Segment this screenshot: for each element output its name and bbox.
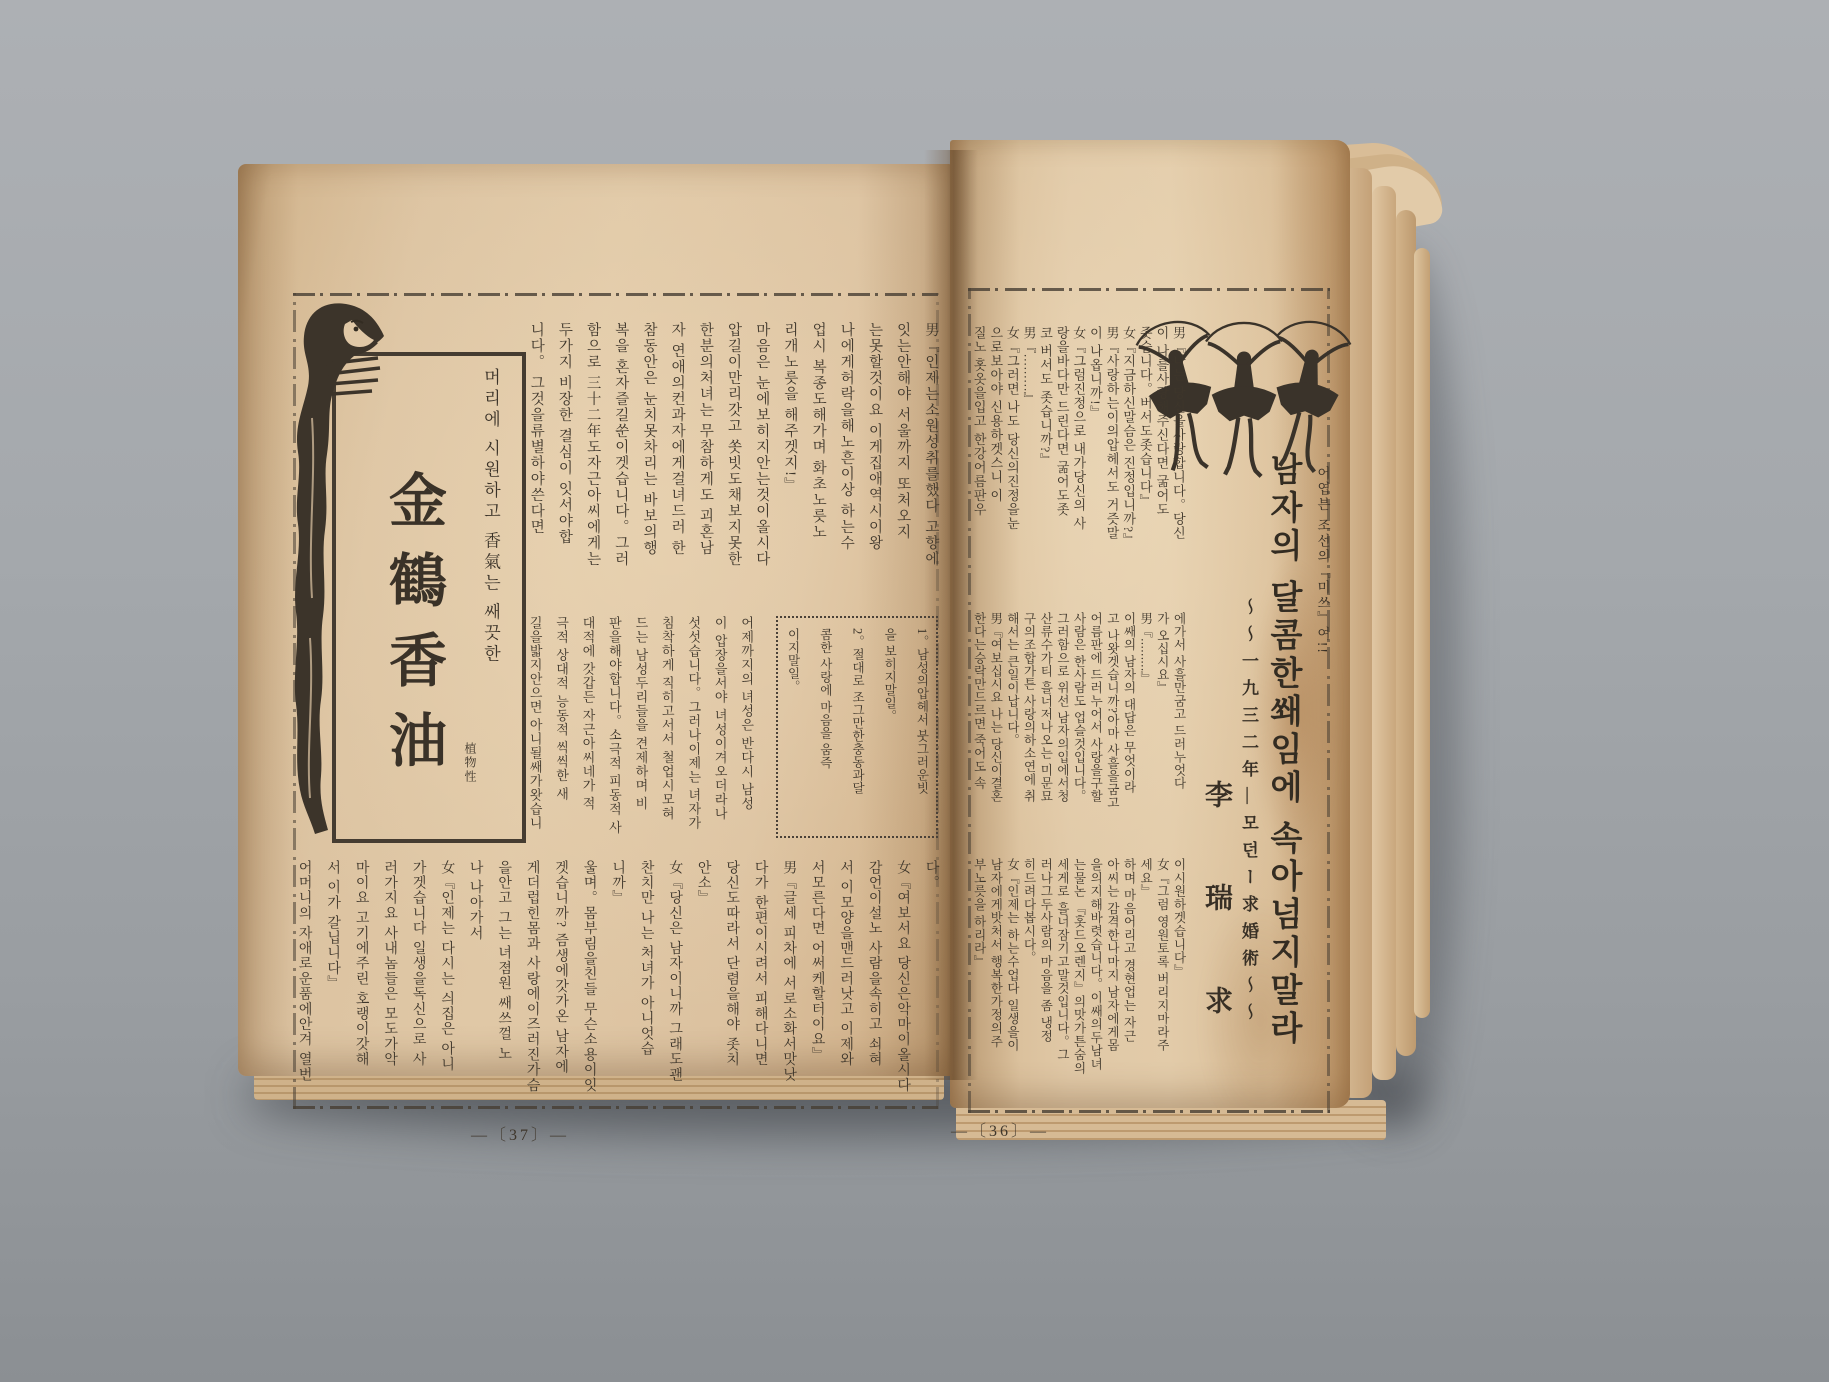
vertical-text-column: 그러함으로 위선 남자의입에서청 bbox=[1055, 612, 1068, 836]
vertical-text-column: 드는 남성두리들을 견제하며 비 bbox=[634, 616, 648, 842]
vertical-text-column: 침착하게 직히고서서 철업시모혀 bbox=[660, 616, 674, 842]
vertical-text-column: 사람은 한사람도 업슬것입니다。 bbox=[1072, 612, 1085, 836]
vertical-text-column: 男『인제는소원성취를했다 고향에 bbox=[923, 322, 938, 608]
vertical-text-column: 는못할것이요 이게집애역시이왕 bbox=[866, 322, 881, 608]
vertical-text-column: 세게로 흘너잠기고말것입니다。그 bbox=[1055, 858, 1068, 1106]
vertical-text-column: 아씨는 감격한나마지 남자에게몸 bbox=[1105, 858, 1118, 1106]
vertical-text-column: 랑을바다만 드린다면 굶어도좃 bbox=[1055, 326, 1069, 604]
vertical-text-column: 복을 혼자즐길쑨이겟습니다。그러 bbox=[613, 322, 628, 608]
vertical-text-column: 男『사랑하는이의압헤서도 거즛말 bbox=[1105, 326, 1119, 604]
vertical-text-column: 니다。 그것을류별하야쓴다면 bbox=[528, 322, 543, 608]
vertical-text-column: 참동안은 눈치못차리는 바보의행 bbox=[641, 322, 656, 608]
vertical-text-column: 서 이모양을맨드러낫고 이제와 bbox=[838, 860, 853, 1106]
vertical-text-column: 어제까지의 녀성은 반다시 남성 bbox=[740, 616, 754, 842]
vertical-text-column: 안소』 bbox=[695, 860, 710, 1106]
vertical-text-column: 어머니의 자애로운품에안겨 열번 bbox=[296, 860, 311, 1106]
vertical-text-column: 산류수가티 흘너저나오는 미문묘 bbox=[1039, 612, 1052, 836]
page-stack-edge bbox=[1414, 248, 1430, 1018]
vertical-text-column: 1。남성의압헤서 붓그러운빗 bbox=[915, 628, 928, 826]
ad-tag-vegetable-origin: 植物性 bbox=[462, 742, 479, 812]
vertical-text-column: 가겟습니다 일생을독신으로 사 bbox=[410, 860, 425, 1106]
vertical-text-column: 겟습니까? 즘생에갓가온 남자에 bbox=[553, 860, 568, 1106]
kicker-line: 어엽븐 조선의『미쓰』여!! bbox=[1312, 466, 1332, 696]
vertical-text-column: 해서는 큰일이납니다。 bbox=[1005, 612, 1018, 836]
vertical-text-column: 男『나는 당신을사랑합니다。당신 bbox=[1171, 326, 1185, 604]
vertical-text-column: 을 보히지말일。 bbox=[883, 628, 896, 826]
vertical-text-column: 女『여보서요 당신은악마이올시다 bbox=[895, 860, 910, 1106]
vertical-text-column: 남자에게밧처서 행복한가정의주 bbox=[989, 858, 1002, 1106]
right-page-number: —〔36〕— bbox=[910, 1118, 1090, 1141]
vertical-text-column: 女『그럼 영원토록 버리지마라주 bbox=[1155, 858, 1168, 1106]
vertical-text-column: 이쌔의 남자의 대답은 무엇이라 bbox=[1122, 612, 1135, 836]
left-text-band-3: 다。女『여보서요 당신은악마이올시다감언이설노 사람을속히고 쇠혀서 이모양을맨… bbox=[296, 860, 938, 1106]
right-text-band-2: 에가서 사흘만굼고 드러누엇다가 오십시요』男『.........』이쌔의 남자… bbox=[972, 612, 1185, 836]
vertical-text-column: 리개노릇을 해주겟지!』 bbox=[782, 322, 797, 608]
vertical-text-column: 니까』 bbox=[610, 860, 625, 1106]
vertical-text-column: 부노릇을 하리라』 bbox=[972, 858, 985, 1106]
right-text-band-1: 男『나는 당신을사랑합니다。당신이 나를사랑해주신다면 굶어도좃습니다。버서도좃… bbox=[972, 326, 1185, 604]
vertical-text-column: 한다는승락만드르면 죽어도 속 bbox=[972, 612, 985, 836]
vertical-text-column: 이지말일。 bbox=[786, 628, 799, 826]
vertical-text-column: 男『.........』 bbox=[1022, 326, 1036, 604]
frame-line bbox=[968, 288, 1330, 291]
vertical-text-column: 질노 홋옷을입고 한강어름판우 bbox=[972, 326, 986, 604]
vertical-text-column: 男『글세 피차에 서로소화서맛낫 bbox=[781, 860, 796, 1106]
vertical-text-column: 어름판에 드러누어서 사랑을구할 bbox=[1089, 612, 1102, 836]
vertical-text-column: 을의지해바렷습니다。이쌔의두남녀 bbox=[1089, 858, 1102, 1106]
vertical-text-column: 女『당신은 남자이니까 그래도괜 bbox=[667, 860, 682, 1106]
vertical-text-column: 으로보아야 신용하겟스니 이 bbox=[989, 326, 1003, 604]
vertical-text-column: 나 나아가서 bbox=[467, 860, 482, 1106]
vertical-text-column: 이 압장을서야 녀성이겨오더라나 bbox=[713, 616, 727, 842]
vertical-text-column: 콤한 사랑에 마음을 움즉 bbox=[818, 628, 831, 826]
vertical-text-column: 당신도따라서 단렴을해야 좃치 bbox=[724, 860, 739, 1106]
article-subtitle-1932-modern-courtship: 〜〜一九三二年—모던ー求婚術〜〜 bbox=[1236, 598, 1261, 1068]
right-text-band-3: 이시원하겟습니다』女『그럼 영원토록 버리지마라주세요』하며 마음어리고 경현업… bbox=[972, 858, 1185, 1106]
frame-line bbox=[968, 288, 971, 1113]
vertical-text-column: 다。 bbox=[923, 860, 938, 1106]
vertical-text-column: 러가지요 사내놈들은 모도가악 bbox=[382, 860, 397, 1106]
vertical-text-column: 을안고 그는 녀졈원 쌔쓰껄 노 bbox=[496, 860, 511, 1106]
vertical-text-column: 女『인제는 다시는 싀집은 아니 bbox=[439, 860, 454, 1106]
vertical-text-column: 다가 한편이시려서 피해다니면 bbox=[752, 860, 767, 1106]
author-name-lee-seo-gu: 李瑞求 bbox=[1196, 780, 1236, 1110]
vertical-text-column: 러나그두사람의 마음을 좀 냉정 bbox=[1039, 858, 1052, 1106]
vertical-text-column: 업시 복종도해가며 화초노릇노 bbox=[810, 322, 825, 608]
article-headline: 남자의 달콤한쐐임에 속아넘지말라 bbox=[1260, 452, 1307, 1062]
vertical-text-column: 게더럽힌몸과 사랑에이즈러진가슴 bbox=[524, 860, 539, 1106]
vertical-text-column: 나에게허락을해노흔이상 하는수 bbox=[838, 322, 853, 608]
vertical-text-column: 대적에 갓갑든 자근아씨네가 적 bbox=[581, 616, 595, 842]
vertical-text-column: 세요』 bbox=[1139, 858, 1152, 1106]
vertical-text-column: 섯섯습니다。그러나이제는 녀자가 bbox=[687, 616, 701, 842]
left-text-band-2: 1。남성의압헤서 붓그러운빗을 보히지말일。2。절대로 조그만한충동과달콤한 사… bbox=[528, 616, 938, 842]
vertical-text-column: 찬치만 나는 처녀가 아니엇습 bbox=[638, 860, 653, 1106]
long-haired-woman-illustration bbox=[282, 298, 404, 846]
vertical-text-column: 극적 상대적 능동적 씩씩한 새 bbox=[554, 616, 568, 842]
vertical-text-column: 히드려다봅시다。 bbox=[1022, 858, 1035, 1106]
vertical-text-column: 女『지금하신말슴은 진정입니까?』 bbox=[1121, 326, 1135, 604]
frame-line bbox=[293, 293, 938, 296]
vertical-text-column: 마음은 눈에보히지안는것이올시다 bbox=[754, 322, 769, 608]
vertical-text-column: 이시원하겟습니다』 bbox=[1172, 858, 1185, 1106]
vertical-text-column: 한분의처녀는 무참하게도 괴혼남 bbox=[697, 322, 712, 608]
vertical-text-column: 감언이설노 사람을속히고 쇠혀 bbox=[866, 860, 881, 1106]
vertical-text-column: 가 오십시요』 bbox=[1155, 612, 1168, 836]
page-stack-edge bbox=[1396, 210, 1416, 1056]
vertical-text-column: 코 버서도 좃습니까?』 bbox=[1038, 326, 1052, 604]
ad-copy: 머리에 시원하고 香氣는 쌔끗한 bbox=[478, 368, 503, 818]
left-text-band-1: 男『인제는소원성취를했다 고향에잇는안해야 서울까지 또처오지는못할것이요 이게… bbox=[528, 322, 938, 608]
vertical-text-column: 에가서 사흘만굼고 드러누엇다 bbox=[1172, 612, 1185, 836]
vertical-text-column: 하며 마음어리고 경현업는 자근 bbox=[1122, 858, 1135, 1106]
vertical-text-column: 함으로 三十二年도자근아씨에게는 bbox=[584, 322, 599, 608]
vertical-text-column: 좃습니다。버서도좃습니다』 bbox=[1138, 326, 1152, 604]
vertical-text-column: 마이요 고기에주린 호랭이갓해 bbox=[353, 860, 368, 1106]
vertical-text-column: 압길이만리갓고 쏫빗도채보지못한 bbox=[725, 322, 740, 608]
vertical-text-column: 이 나를사랑해주신다면 굶어도 bbox=[1155, 326, 1169, 604]
vertical-text-column: 자 연애의컨과자에게걸녀드러 한 bbox=[669, 322, 684, 608]
vertical-text-column: 는물논 『홋드오렌지』의맛가튼숨의 bbox=[1072, 858, 1085, 1106]
vertical-text-column: 女『그럼진정으로 내가당신의 사 bbox=[1072, 326, 1086, 604]
vertical-text-column: 男『여보십시요 나는 당신이결혼 bbox=[989, 612, 1002, 836]
frame-line bbox=[968, 1110, 1330, 1113]
vertical-text-column: 女『인제는 하는수업다 일생을이 bbox=[1005, 858, 1018, 1106]
vertical-text-column: 서 이가 갈닙니다』 bbox=[325, 860, 340, 1106]
vertical-text-column: 판을해야합니다。소극적 피동적 사 bbox=[607, 616, 621, 842]
left-page-number: —〔37〕— bbox=[420, 1122, 620, 1145]
vertical-text-column: 女『그러면 나도 당신의진정을눈 bbox=[1005, 326, 1019, 604]
vertical-text-column: 男『.........』 bbox=[1139, 612, 1152, 836]
vertical-text-column: 고 나왓겟습니까?아마 사흘을굼고 bbox=[1105, 612, 1118, 836]
vertical-text-column: 길을밟지안으면 아니될쌔가왓습니 bbox=[528, 616, 542, 842]
vertical-text-column: 잇는안해야 서울까지 또처오지 bbox=[894, 322, 909, 608]
page-stack-edge bbox=[1372, 186, 1396, 1080]
photo-of-open-magazine: 男『인제는소원성취를했다 고향에잇는안해야 서울까지 또처오지는못할것이요 이게… bbox=[0, 0, 1829, 1382]
vertical-text-column: 이 나옵니까!』 bbox=[1088, 326, 1102, 604]
vertical-text-column: 울며。몸부림을친들 무슨소용이잇 bbox=[581, 860, 596, 1106]
vertical-text-column: 서모른다면 어써케할터이요』 bbox=[809, 860, 824, 1106]
frame-line bbox=[293, 1106, 938, 1109]
rules-list-box: 1。남성의압헤서 붓그러운빗을 보히지말일。2。절대로 조그만한충동과달콤한 사… bbox=[776, 616, 938, 838]
vertical-text-column: 2。절대로 조그만한충동과달 bbox=[850, 628, 863, 826]
vertical-text-column: 구의조합가튼 사랑의하소연에 취 bbox=[1022, 612, 1035, 836]
vertical-text-column: 두가지 비장한 결심이 잇서야합 bbox=[556, 322, 571, 608]
